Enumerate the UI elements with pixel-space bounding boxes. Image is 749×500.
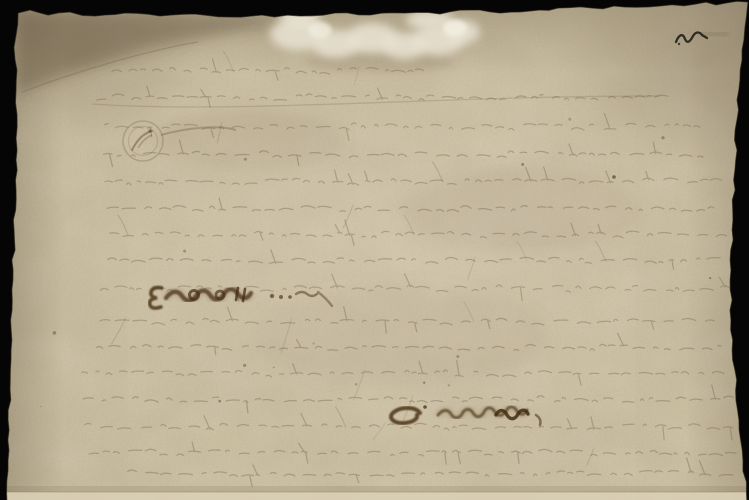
photo-frame	[0, 0, 749, 500]
manuscript-photo	[0, 0, 749, 500]
bottom-edge-highlight	[6, 486, 748, 500]
